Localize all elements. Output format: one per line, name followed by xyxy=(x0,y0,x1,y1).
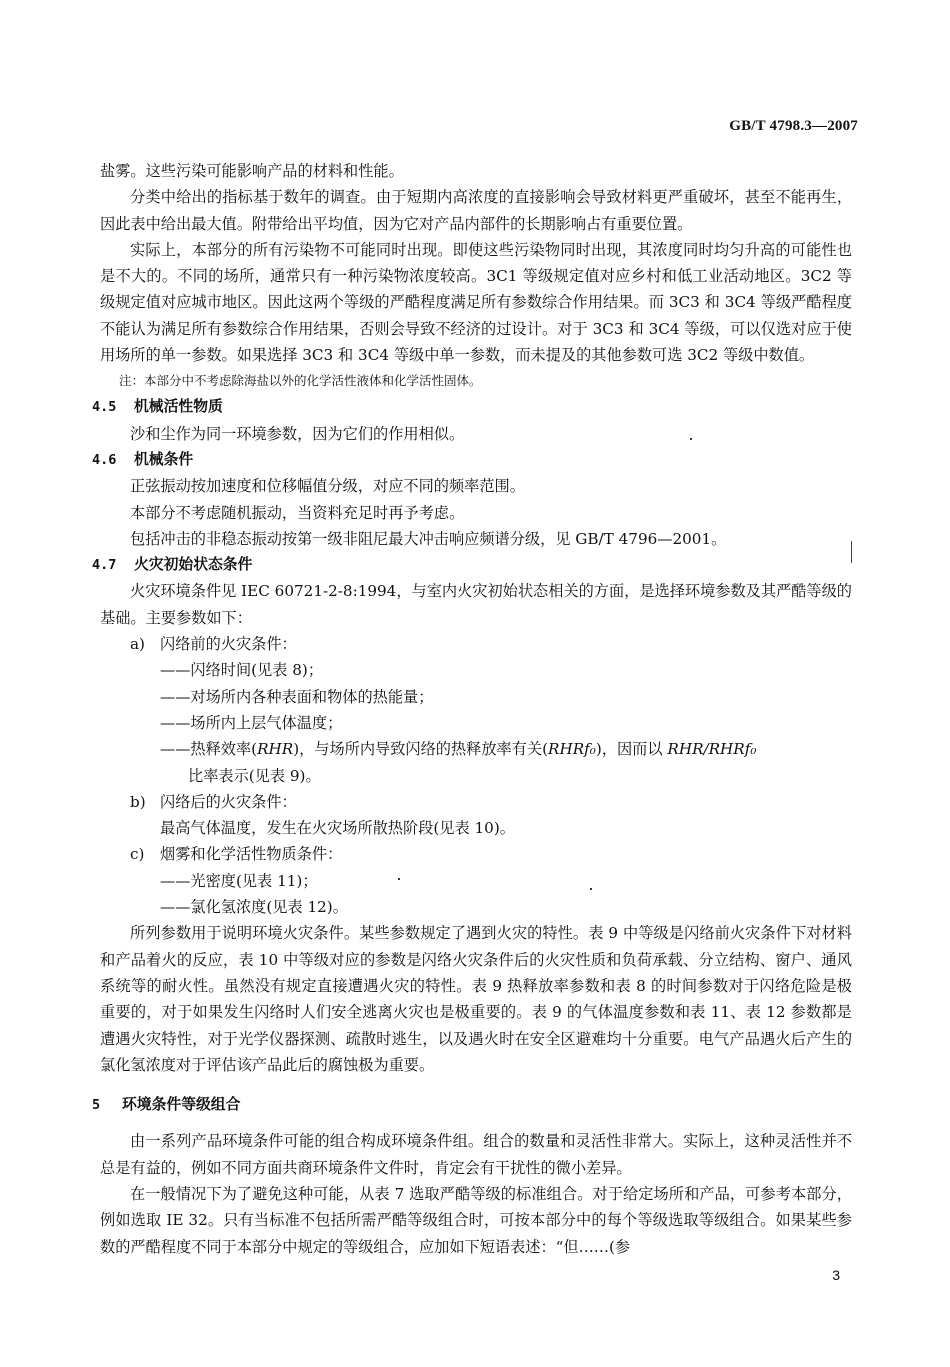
dash-item: ——闪络时间(见表 8)； xyxy=(100,657,852,683)
page-number: 3 xyxy=(832,1267,840,1283)
section-number: 4.6 xyxy=(92,447,134,473)
scan-speck xyxy=(398,878,400,880)
dash-item: ——场所内上层气体温度； xyxy=(100,710,852,736)
dash-item: ——氯化氢浓度(见表 12)。 xyxy=(100,894,852,920)
text: )，与场所内导致闪络的热释放率有关( xyxy=(293,740,548,758)
section-title: 火灾初始状态条件 xyxy=(134,556,252,573)
section-title: 环境条件等级组合 xyxy=(122,1096,240,1113)
list-label: b) xyxy=(130,789,160,815)
list-label: c) xyxy=(130,841,160,867)
section-4-6-body-2: 本部分不考虑随机振动，当资料充足时再予考虑。 xyxy=(100,500,852,526)
section-number: 5 xyxy=(92,1092,122,1118)
list-item-b-body: 最高气体温度，发生在火灾场所散热阶段(见表 10)。 xyxy=(100,815,852,841)
section-heading-4-7: 4.7火灾初始状态条件 xyxy=(92,552,852,578)
section-number: 4.5 xyxy=(92,394,134,420)
paragraph-max-values: 分类中给出的指标基于数年的调查。由于短期内高浓度的直接影响会导致材料更严重破坏，… xyxy=(100,184,852,237)
dash-item-continuation: 比率表示(见表 9)。 xyxy=(100,763,852,789)
list-title: 闪络前的火灾条件： xyxy=(160,635,297,653)
section-heading-4-6: 4.6机械条件 xyxy=(92,447,852,473)
section-title: 机械条件 xyxy=(134,451,193,468)
list-label: a) xyxy=(130,631,160,657)
section-4-6-body-1: 正弦振动按加速度和位移幅值分级，对应不同的频率范围。 xyxy=(100,473,852,499)
paragraph-continuation: 盐雾。这些污染可能影响产品的材料和性能。 xyxy=(100,158,852,184)
text: ——热释效率( xyxy=(160,740,257,758)
list-item-b: b)闪络后的火灾条件： xyxy=(100,789,852,815)
paragraph-pollutant-levels: 实际上，本部分的所有污染物不可能同时出现。即使这些污染物同时出现，其浓度同时均匀… xyxy=(100,237,852,368)
variable-ratio: RHR/RHRf₀ xyxy=(667,740,756,758)
dash-item: ——对场所内各种表面和物体的热能量； xyxy=(100,684,852,710)
page-content: 盐雾。这些污染可能影响产品的材料和性能。 分类中给出的指标基于数年的调查。由于短… xyxy=(100,158,852,1260)
list-title: 烟雾和化学活性物质条件： xyxy=(160,845,342,863)
section-heading-4-5: 4.5机械活性物质 xyxy=(92,394,852,420)
list-title: 闪络后的火灾条件： xyxy=(160,793,297,811)
list-item-c: c)烟雾和化学活性物质条件： xyxy=(100,841,852,867)
section-title: 机械活性物质 xyxy=(134,398,223,415)
section-heading-5: 5环境条件等级组合 xyxy=(92,1092,852,1118)
dash-item: ——光密度(见表 11)； xyxy=(100,868,852,894)
variable-rhr: RHR xyxy=(257,740,293,758)
scan-speck xyxy=(590,888,592,890)
list-item-a: a)闪络前的火灾条件： xyxy=(100,631,852,657)
standard-number-header: GB/T 4798.3—2007 xyxy=(729,118,858,135)
document-page: GB/T 4798.3—2007 盐雾。这些污染可能影响产品的材料和性能。 分类… xyxy=(0,0,950,1367)
section-5-body-1: 由一系列产品环境条件可能的组合构成环境条件组。组合的数量和灵活性非常大。实际上，… xyxy=(100,1128,852,1181)
section-4-6-body-3: 包括冲击的非稳态振动按第一级非阻尼最大冲击响应频谱分级，见 GB/T 4796—… xyxy=(100,526,852,552)
variable-rhrf0: RHRf₀ xyxy=(548,740,596,758)
section-5-body-2: 在一般情况下为了避免这种可能，从表 7 选取严酷等级的标准组合。对于给定场所和产… xyxy=(100,1181,852,1260)
scan-speck xyxy=(690,438,692,440)
section-4-7-closing: 所列参数用于说明环境火灾条件。某些参数规定了遇到火灾的特性。表 9 中等级是闪络… xyxy=(100,920,852,1078)
section-4-5-body: 沙和尘作为同一环境参数，因为它们的作用相似。 xyxy=(100,421,852,447)
section-4-7-intro: 火灾环境条件见 IEC 60721-2-8:1994，与室内火灾初始状态相关的方… xyxy=(100,578,852,631)
text: )，因而以 xyxy=(596,740,668,758)
note: 注：本部分中不考虑除海盐以外的化学活性液体和化学活性固体。 xyxy=(100,368,852,394)
margin-change-bar xyxy=(851,541,852,563)
section-number: 4.7 xyxy=(92,552,134,578)
dash-item-rhr: ——热释效率(RHR)，与场所内导致闪络的热释放率有关(RHRf₀)，因而以 R… xyxy=(100,736,852,762)
